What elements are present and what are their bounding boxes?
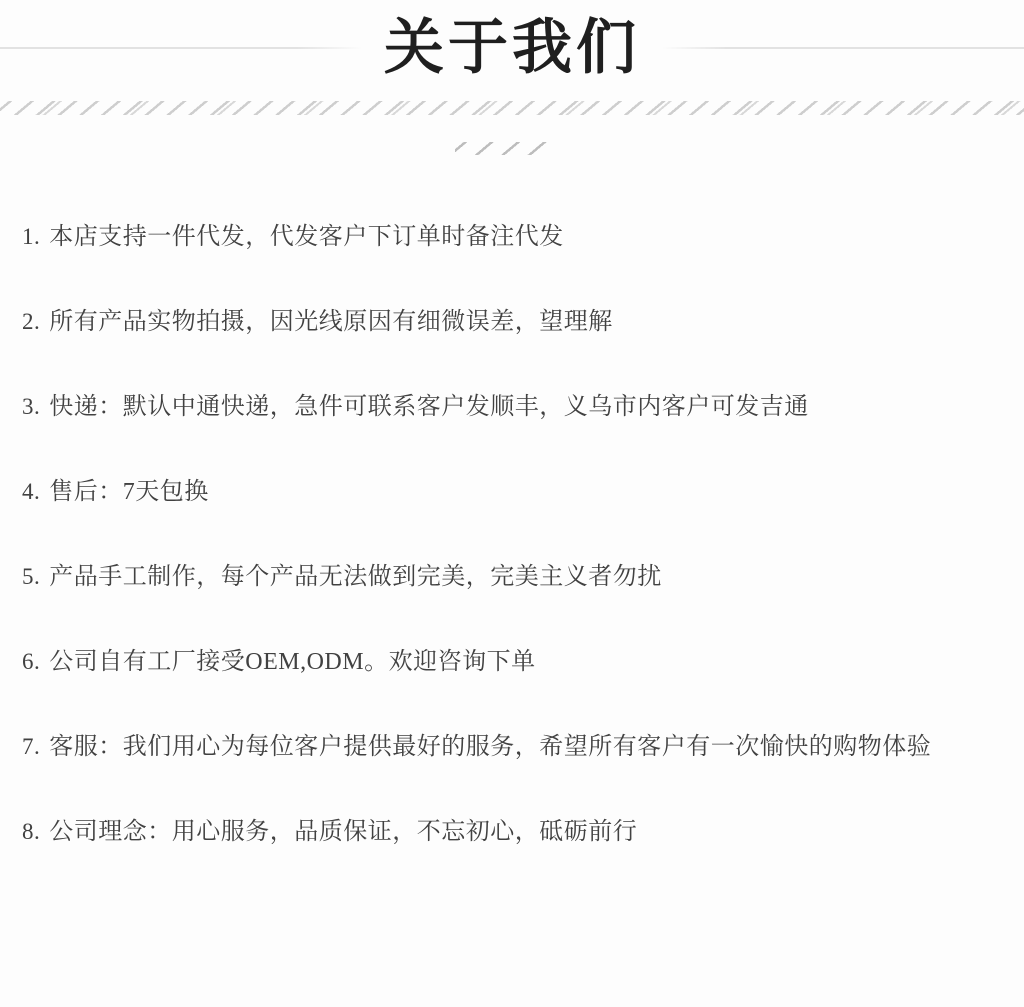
title-divider-right <box>662 47 1024 49</box>
item-text: 售后：7天包换 <box>49 479 209 505</box>
page-title: 关于我们 <box>378 18 646 78</box>
item-text: 产品手工制作，每个产品无法做到完美，完美主义者勿扰 <box>49 564 662 590</box>
list-item: 1.本店支持一件代发，代发客户下订单时备注代发 <box>22 223 1004 251</box>
item-number: 1. <box>22 223 40 250</box>
item-number: 2. <box>22 308 40 335</box>
about-list: 1.本店支持一件代发，代发客户下订单时备注代发 2.所有产品实物拍摄，因光线原因… <box>0 223 1024 846</box>
list-item: 5.产品手工制作，每个产品无法做到完美，完美主义者勿扰 <box>22 563 1004 591</box>
item-text: 快递：默认中通快递，急件可联系客户发顺丰，义乌市内客户可发吉通 <box>49 394 809 420</box>
item-text: 本店支持一件代发，代发客户下订单时备注代发 <box>49 224 564 250</box>
item-text: 公司理念：用心服务，品质保证，不忘初心，砥砺前行 <box>49 819 637 845</box>
item-number: 5. <box>22 563 40 590</box>
list-item: 7.客服：我们用心为每位客户提供最好的服务，希望所有客户有一次愉快的购物体验 <box>22 733 1004 761</box>
list-item: 2.所有产品实物拍摄，因光线原因有细微误差，望理解 <box>22 308 1004 336</box>
item-number: 3. <box>22 393 40 420</box>
title-divider-left <box>0 47 362 49</box>
list-item: 8.公司理念：用心服务，品质保证，不忘初心，砥砺前行 <box>22 818 1004 846</box>
hatch-accent-marks <box>455 142 547 155</box>
hatch-stripe <box>0 101 1024 115</box>
list-item: 4.售后：7天包换 <box>22 478 1004 506</box>
item-text: 公司自有工厂接受OEM,ODM。欢迎咨询下单 <box>49 649 535 675</box>
item-number: 4. <box>22 478 40 505</box>
item-number: 8. <box>22 818 40 845</box>
about-us-page: 关于我们 1.本店支持一件代发，代发客户下订单时备注代发 2.所有产品实物拍摄，… <box>0 0 1024 1007</box>
item-text: 客服：我们用心为每位客户提供最好的服务，希望所有客户有一次愉快的购物体验 <box>49 734 931 760</box>
item-text: 所有产品实物拍摄，因光线原因有细微误差，望理解 <box>49 309 613 335</box>
list-item: 6.公司自有工厂接受OEM,ODM。欢迎咨询下单 <box>22 648 1004 676</box>
list-item: 3.快递：默认中通快递，急件可联系客户发顺丰，义乌市内客户可发吉通 <box>22 393 1004 421</box>
item-number: 7. <box>22 733 40 760</box>
title-row: 关于我们 <box>0 0 1024 96</box>
item-number: 6. <box>22 648 40 675</box>
